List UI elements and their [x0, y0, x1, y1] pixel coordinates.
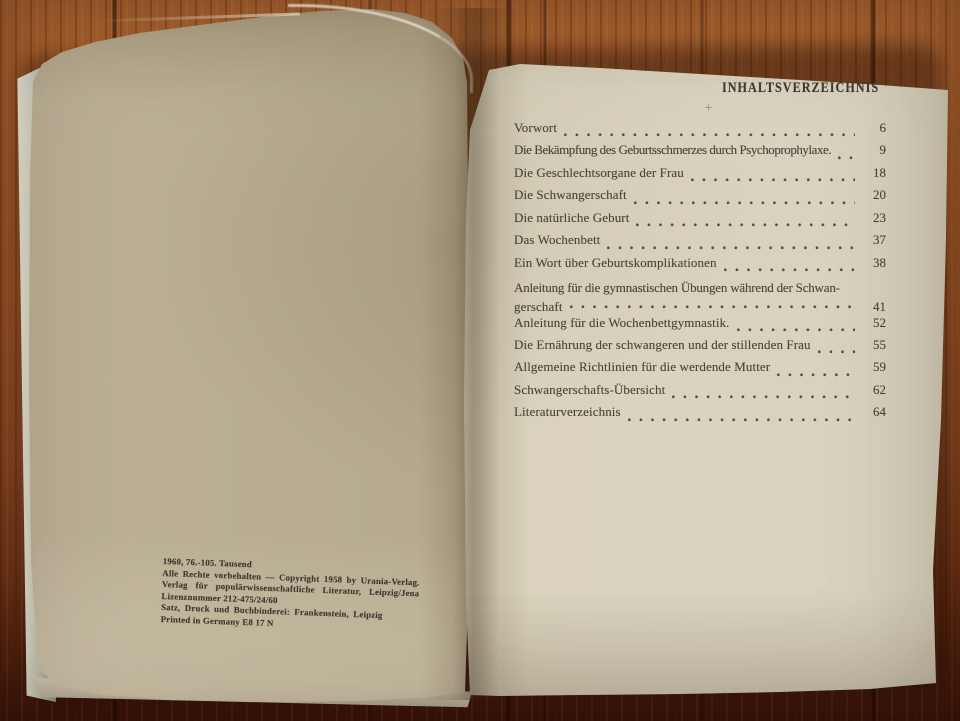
toc-entry: Schwangerschafts-Übersicht 62	[514, 382, 886, 404]
toc-list: Vorwort 6 Die Bekämpfung des Geburtsschm…	[514, 120, 886, 427]
toc-entry-label: Das Wochenbett	[514, 232, 600, 248]
toc-leader-dots	[636, 223, 855, 227]
toc-entry-line2: gerschaft 41	[514, 299, 886, 314]
toc-page-number: 62	[860, 382, 886, 398]
toc-entry-label: Die natürliche Geburt	[514, 210, 629, 226]
toc-entry-label: Die Geschlechtsorgane der Frau	[514, 165, 684, 181]
toc-leader-dots	[634, 201, 855, 205]
print-registration-mark	[705, 104, 712, 111]
toc-entry: Ein Wort über Geburtskomplikationen 38	[514, 255, 886, 277]
toc-leader-dots	[777, 373, 855, 377]
toc-entry: Anleitung für die Wochenbettgymnastik. 5…	[514, 315, 886, 337]
toc-page-number: 23	[860, 210, 886, 226]
toc-leader-dots	[737, 328, 855, 332]
toc-page-number: 64	[860, 404, 886, 420]
toc-entry: Die natürliche Geburt 23	[514, 210, 886, 232]
toc-page-number: 9	[860, 142, 886, 158]
toc-entry: Die Ernährung der schwangeren und der st…	[514, 337, 886, 359]
toc-entry-label: gerschaft	[514, 299, 563, 314]
toc-entry-label: Schwangerschafts-Übersicht	[514, 382, 665, 398]
toc-entry-label: Literaturverzeichnis	[514, 404, 621, 420]
toc-leader-dots	[838, 156, 855, 160]
toc-entry-label: Allgemeine Richtlinien für die werdende …	[514, 359, 770, 375]
toc-page-number: 37	[860, 232, 886, 248]
toc-leader-dots	[818, 350, 855, 354]
toc-entry: Anleitung für die gymnastischen Übungen …	[514, 277, 886, 315]
toc-page-number: 38	[860, 255, 886, 271]
photo-of-open-book: 1960, 76.-105. Tausend Alle Rechte vorbe…	[0, 0, 960, 721]
page-title: INHALTSVERZEICHNIS	[722, 80, 879, 97]
toc-entry: Die Bekämpfung des Geburtsschmerzes durc…	[514, 142, 886, 164]
toc-leader-dots	[691, 178, 855, 182]
toc-leader-dots	[570, 305, 855, 309]
toc-leader-dots	[724, 268, 855, 272]
toc-entry: Das Wochenbett 37	[514, 232, 886, 254]
toc-page-number: 20	[860, 187, 886, 203]
toc-leader-dots	[564, 133, 855, 137]
toc-entry-label: Ein Wort über Geburtskomplikationen	[514, 255, 717, 271]
toc-page-number: 52	[860, 315, 886, 331]
toc-entry: Die Geschlechtsorgane der Frau 18	[514, 165, 886, 187]
toc-entry: Literaturverzeichnis 64	[514, 404, 886, 426]
toc-page-number: 18	[860, 165, 886, 181]
toc-page-number: 41	[860, 299, 886, 314]
toc-entry: Die Schwangerschaft 20	[514, 187, 886, 209]
toc-leader-dots	[672, 395, 855, 399]
toc-leader-dots	[607, 246, 855, 250]
toc-entry-label: Die Ernährung der schwangeren und der st…	[514, 337, 811, 353]
toc-entry-label: Anleitung für die gymnastischen Übungen …	[514, 277, 886, 299]
toc-entry: Vorwort 6	[514, 120, 886, 142]
toc-entry-label: Die Schwangerschaft	[514, 187, 627, 203]
toc-leader-dots	[628, 418, 855, 422]
imprint-block: 1960, 76.-105. Tausend Alle Rechte vorbe…	[160, 556, 454, 636]
toc-page-number: 6	[860, 120, 886, 136]
toc-entry-label: Vorwort	[514, 120, 557, 136]
toc-entry: Allgemeine Richtlinien für die werdende …	[514, 359, 886, 381]
toc-page-number: 59	[860, 359, 886, 375]
toc-entry-label: Die Bekämpfung des Geburtsschmerzes durc…	[514, 142, 831, 158]
toc-page-number: 55	[860, 337, 886, 353]
toc-entry-label: Anleitung für die Wochenbettgymnastik.	[514, 315, 730, 331]
